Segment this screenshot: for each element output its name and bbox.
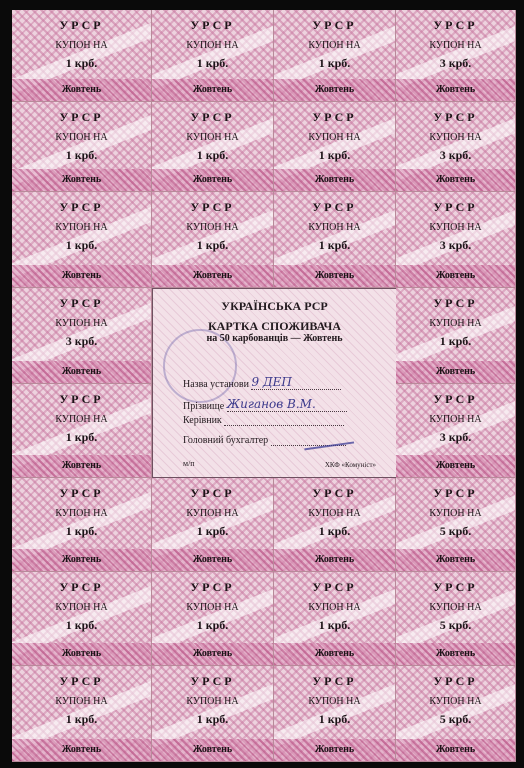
coupon-month: Жовтень — [396, 739, 515, 761]
coupon-r1-c0: УРСРКУПОН НА1 крб.Жовтень — [12, 102, 152, 192]
coupon-label: КУПОН НА — [274, 508, 395, 519]
coupon-header: УРСР — [12, 18, 151, 33]
coupon-label: КУПОН НА — [396, 602, 515, 613]
coupon-amount: 1 крб. — [12, 524, 151, 539]
coupon-header: УРСР — [274, 18, 395, 33]
coupon-amount: 1 крб. — [274, 148, 395, 163]
coupon-label: КУПОН НА — [12, 508, 151, 519]
coupon-month: Жовтень — [12, 455, 151, 477]
coupon-month: Жовтень — [12, 169, 151, 191]
coupon-r7-c2: УРСРКУПОН НА1 крб.Жовтень — [274, 666, 396, 762]
coupon-label: КУПОН НА — [396, 40, 515, 51]
coupon-amount: 1 крб. — [152, 712, 273, 727]
coupon-label: КУПОН НА — [274, 132, 395, 143]
coupon-label: КУПОН НА — [12, 132, 151, 143]
coupon-header: УРСР — [274, 486, 395, 501]
coupon-amount: 1 крб. — [152, 524, 273, 539]
coupon-label: КУПОН НА — [396, 318, 515, 329]
coupon-r6-c1: УРСРКУПОН НА1 крб.Жовтень — [152, 572, 274, 666]
coupon-label: КУПОН НА — [12, 222, 151, 233]
coupon-header: УРСР — [12, 486, 151, 501]
coupon-r5-c3: УРСРКУПОН НА5 крб.Жовтень — [396, 478, 516, 572]
coupon-r6-c2: УРСРКУПОН НА1 крб.Жовтень — [274, 572, 396, 666]
coupon-amount: 1 крб. — [152, 618, 273, 633]
coupon-label: КУПОН НА — [12, 40, 151, 51]
stamp-place-label: м/п — [183, 459, 195, 468]
coupon-month: Жовтень — [396, 169, 515, 191]
coupon-header: УРСР — [12, 674, 151, 689]
coupon-month: Жовтень — [12, 79, 151, 101]
coupon-r4-c3: УРСРКУПОН НА3 крб.Жовтень — [396, 384, 516, 478]
coupon-label: КУПОН НА — [274, 222, 395, 233]
coupon-amount: 3 крб. — [396, 238, 515, 253]
coupon-month: Жовтень — [12, 361, 151, 383]
surname-field: Прізвище Жиганов В.М. — [183, 397, 347, 412]
coupon-r4-c0: УРСРКУПОН НА1 крб.Жовтень — [12, 384, 152, 478]
coupon-r7-c3: УРСРКУПОН НА5 крб.Жовтень — [396, 666, 516, 762]
coupon-amount: 1 крб. — [274, 524, 395, 539]
coupon-r3-c3: УРСРКУПОН НА1 крб.Жовтень — [396, 288, 516, 384]
coupon-header: УРСР — [396, 200, 515, 215]
coupon-label: КУПОН НА — [396, 132, 515, 143]
coupon-header: УРСР — [396, 296, 515, 311]
coupon-r6-c0: УРСРКУПОН НА1 крб.Жовтень — [12, 572, 152, 666]
director-label: Керівник — [183, 415, 222, 426]
coupon-header: УРСР — [274, 674, 395, 689]
coupon-month: Жовтень — [152, 739, 273, 761]
coupon-header: УРСР — [396, 110, 515, 125]
ration-card-sheet: УКРАЇНСЬКА РСР КАРТКА СПОЖИВАЧА на 50 ка… — [12, 10, 516, 762]
coupon-month: Жовтень — [274, 643, 395, 665]
coupon-month: Жовтень — [274, 549, 395, 571]
coupon-amount: 1 крб. — [274, 618, 395, 633]
director-value — [224, 425, 344, 426]
coupon-label: КУПОН НА — [274, 40, 395, 51]
director-field: Керівник — [183, 415, 344, 426]
coupon-month: Жовтень — [12, 643, 151, 665]
coupon-header: УРСР — [12, 110, 151, 125]
coupon-r0-c1: УРСРКУПОН НА1 крб.Жовтень — [152, 10, 274, 102]
coupon-amount: 1 крб. — [12, 238, 151, 253]
coupon-r7-c0: УРСРКУПОН НА1 крб.Жовтень — [12, 666, 152, 762]
coupon-header: УРСР — [152, 486, 273, 501]
coupon-month: Жовтень — [152, 265, 273, 287]
coupon-month: Жовтень — [274, 169, 395, 191]
coupon-r1-c3: УРСРКУПОН НА3 крб.Жовтень — [396, 102, 516, 192]
coupon-header: УРСР — [12, 296, 151, 311]
coupon-label: КУПОН НА — [274, 696, 395, 707]
coupon-label: КУПОН НА — [396, 414, 515, 425]
coupon-amount: 1 крб. — [152, 148, 273, 163]
coupon-header: УРСР — [274, 200, 395, 215]
coupon-amount: 3 крб. — [12, 334, 151, 349]
coupon-month: Жовтень — [274, 265, 395, 287]
coupon-amount: 5 крб. — [396, 712, 515, 727]
coupon-header: УРСР — [396, 392, 515, 407]
coupon-header: УРСР — [12, 392, 151, 407]
coupon-month: Жовтень — [396, 361, 515, 383]
coupon-label: КУПОН НА — [396, 696, 515, 707]
coupon-header: УРСР — [152, 18, 273, 33]
coupon-label: КУПОН НА — [274, 602, 395, 613]
coupon-amount: 1 крб. — [12, 712, 151, 727]
card-subtitle: на 50 карбованців — Жовтень — [153, 333, 396, 344]
coupon-amount: 1 крб. — [12, 148, 151, 163]
coupon-label: КУПОН НА — [396, 508, 515, 519]
coupon-header: УРСР — [396, 18, 515, 33]
coupon-r2-c3: УРСРКУПОН НА3 крб.Жовтень — [396, 192, 516, 288]
coupon-r2-c2: УРСРКУПОН НА1 крб.Жовтень — [274, 192, 396, 288]
coupon-label: КУПОН НА — [152, 696, 273, 707]
coupon-header: УРСР — [12, 580, 151, 595]
coupon-header: УРСР — [152, 580, 273, 595]
coupon-label: КУПОН НА — [12, 414, 151, 425]
coupon-month: Жовтень — [396, 79, 515, 101]
institution-label: Назва установи — [183, 379, 249, 390]
coupon-amount: 5 крб. — [396, 524, 515, 539]
coupon-r2-c0: УРСРКУПОН НА1 крб.Жовтень — [12, 192, 152, 288]
coupon-r2-c1: УРСРКУПОН НА1 крб.Жовтень — [152, 192, 274, 288]
accountant-label: Головний бухгалтер — [183, 435, 268, 446]
coupon-r7-c1: УРСРКУПОН НА1 крб.Жовтень — [152, 666, 274, 762]
coupon-r1-c1: УРСРКУПОН НА1 крб.Жовтень — [152, 102, 274, 192]
coupon-month: Жовтень — [152, 549, 273, 571]
coupon-amount: 1 крб. — [274, 56, 395, 71]
surname-label: Прізвище — [183, 401, 224, 412]
card-title: КАРТКА СПОЖИВАЧА — [153, 319, 396, 334]
coupon-amount: 3 крб. — [396, 56, 515, 71]
coupon-header: УРСР — [396, 580, 515, 595]
coupon-label: КУПОН НА — [152, 508, 273, 519]
coupon-header: УРСР — [12, 200, 151, 215]
coupon-month: Жовтень — [396, 455, 515, 477]
coupon-r0-c0: УРСРКУПОН НА1 крб.Жовтень — [12, 10, 152, 102]
coupon-amount: 3 крб. — [396, 430, 515, 445]
coupon-r0-c2: УРСРКУПОН НА1 крб.Жовтень — [274, 10, 396, 102]
coupon-label: КУПОН НА — [396, 222, 515, 233]
coupon-month: Жовтень — [152, 79, 273, 101]
coupon-header: УРСР — [274, 580, 395, 595]
coupon-label: КУПОН НА — [12, 318, 151, 329]
coupon-month: Жовтень — [396, 265, 515, 287]
coupon-month: Жовтень — [152, 643, 273, 665]
coupon-r3-c0: УРСРКУПОН НА3 крб.Жовтень — [12, 288, 152, 384]
coupon-amount: 1 крб. — [274, 712, 395, 727]
coupon-header: УРСР — [396, 674, 515, 689]
coupon-label: КУПОН НА — [152, 132, 273, 143]
coupon-amount: 1 крб. — [152, 238, 273, 253]
coupon-month: Жовтень — [274, 79, 395, 101]
coupon-r5-c2: УРСРКУПОН НА1 крб.Жовтень — [274, 478, 396, 572]
coupon-r5-c1: УРСРКУПОН НА1 крб.Жовтень — [152, 478, 274, 572]
coupon-amount: 1 крб. — [12, 618, 151, 633]
republic-title: УКРАЇНСЬКА РСР — [153, 299, 396, 314]
coupon-header: УРСР — [152, 110, 273, 125]
coupon-amount: 1 крб. — [152, 56, 273, 71]
printer-mark: ХКФ «Комуніст» — [325, 461, 376, 469]
coupon-amount: 3 крб. — [396, 148, 515, 163]
coupon-r6-c3: УРСРКУПОН НА5 крб.Жовтень — [396, 572, 516, 666]
coupon-amount: 1 крб. — [396, 334, 515, 349]
signature-icon — [302, 424, 354, 451]
consumer-card-panel: УКРАЇНСЬКА РСР КАРТКА СПОЖИВАЧА на 50 ка… — [152, 288, 397, 478]
coupon-r1-c2: УРСРКУПОН НА1 крб.Жовтень — [274, 102, 396, 192]
coupon-header: УРСР — [152, 674, 273, 689]
coupon-month: Жовтень — [396, 549, 515, 571]
coupon-r5-c0: УРСРКУПОН НА1 крб.Жовтень — [12, 478, 152, 572]
coupon-month: Жовтень — [152, 169, 273, 191]
coupon-amount: 1 крб. — [12, 430, 151, 445]
coupon-label: КУПОН НА — [152, 40, 273, 51]
coupon-header: УРСР — [152, 200, 273, 215]
surname-value: Жиганов В.М. — [227, 397, 347, 412]
coupon-label: КУПОН НА — [12, 696, 151, 707]
coupon-r0-c3: УРСРКУПОН НА3 крб.Жовтень — [396, 10, 516, 102]
coupon-label: КУПОН НА — [12, 602, 151, 613]
coupon-label: КУПОН НА — [152, 602, 273, 613]
coupon-month: Жовтень — [274, 739, 395, 761]
coupon-month: Жовтень — [12, 739, 151, 761]
coupon-month: Жовтень — [12, 265, 151, 287]
coupon-month: Жовтень — [396, 643, 515, 665]
coupon-header: УРСР — [396, 486, 515, 501]
coupon-month: Жовтень — [12, 549, 151, 571]
coupon-amount: 1 крб. — [12, 56, 151, 71]
coupon-header: УРСР — [274, 110, 395, 125]
coupon-amount: 1 крб. — [274, 238, 395, 253]
coupon-amount: 5 крб. — [396, 618, 515, 633]
institution-field: Назва установи 9 ДЕП — [183, 375, 341, 390]
coupon-label: КУПОН НА — [152, 222, 273, 233]
institution-value: 9 ДЕП — [251, 375, 341, 390]
